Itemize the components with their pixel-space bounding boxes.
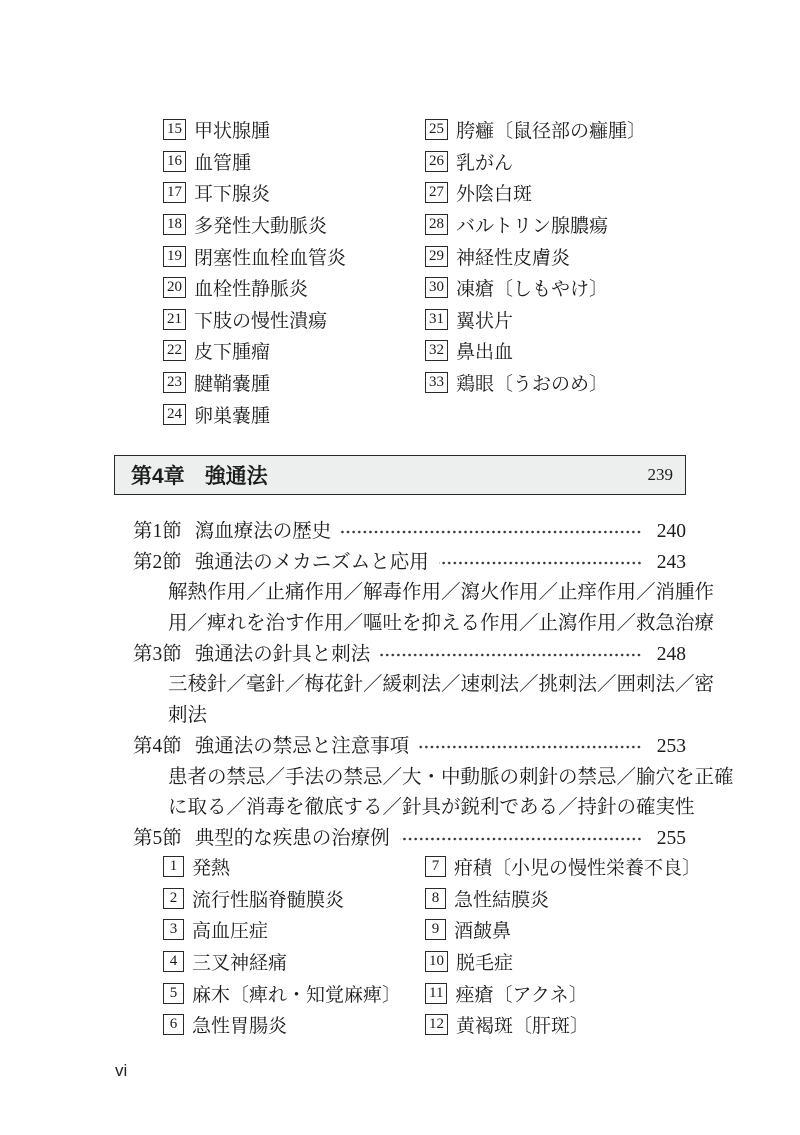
item-number-box: 31: [425, 309, 448, 330]
item-label: 卵巣嚢腫: [194, 401, 270, 428]
section-page-number: 240: [646, 517, 686, 548]
section-subtopics-line: 患者の禁忌／手法の禁忌／大・中動脈の刺針の禁忌／腧穴を正確: [133, 763, 686, 794]
list-item: 11痤瘡〔アクネ〕: [425, 977, 701, 1009]
section-subtopics-line: 解熱作用／止痛作用／解毒作用／瀉火作用／止痒作用／消腫作: [133, 578, 686, 609]
chapter-number-label: 第4章: [131, 460, 185, 490]
section-subtopics-line: 刺法: [133, 701, 686, 732]
item-number-box: 17: [163, 182, 186, 203]
item-label: 乳がん: [456, 148, 513, 175]
toc-section-row: 第5節典型的な疾患の治療例255: [133, 824, 686, 855]
dot-leader: [419, 741, 642, 753]
disease-list-top-left-column: 15甲状腺腫16血管腫17耳下腺炎18多発性大動脈炎19閉塞性血栓血管炎20血栓…: [163, 114, 346, 430]
list-item: 8急性結膜炎: [425, 883, 701, 915]
item-number-box: 16: [163, 151, 186, 172]
item-label: 疳積〔小児の慢性栄養不良〕: [454, 853, 701, 880]
list-item: 23腱鞘嚢腫: [163, 367, 346, 399]
section-label: 第1節: [133, 517, 182, 548]
item-number-box: 3: [163, 919, 184, 940]
item-label: 翼状片: [456, 306, 513, 333]
item-number-box: 9: [425, 919, 446, 940]
item-label: 耳下腺炎: [194, 179, 270, 206]
item-number-box: 12: [425, 1014, 448, 1035]
item-label: 甲状腺腫: [194, 116, 270, 143]
section-label: 第2節: [133, 548, 182, 579]
item-label: 血管腫: [194, 148, 251, 175]
section-subtopics-line: 用／痺れを治す作用／嘔吐を抑える作用／止瀉作用／救急治療: [133, 609, 686, 640]
list-item: 9酒皶鼻: [425, 914, 701, 946]
chapter-name: 強通法: [205, 460, 268, 490]
dot-leader: [341, 526, 642, 538]
item-label: 高血圧症: [192, 916, 268, 943]
item-label: 発熱: [192, 853, 230, 880]
section-label: 第4節: [133, 732, 182, 763]
item-number-box: 29: [425, 246, 448, 267]
item-label: 鶏眼〔うおのめ〕: [456, 369, 608, 396]
item-number-box: 18: [163, 214, 186, 235]
item-number-box: 19: [163, 246, 186, 267]
list-item: 18多発性大動脈炎: [163, 209, 346, 241]
item-label: 外陰白斑: [456, 179, 532, 206]
item-label: 神経性皮膚炎: [456, 243, 570, 270]
item-label: 凍瘡〔しもやけ〕: [456, 274, 608, 301]
section-title: 典型的な疾患の治療例: [195, 824, 390, 855]
section-label: 第5節: [133, 824, 182, 855]
item-number-box: 11: [425, 983, 447, 1004]
page-folio: vi: [115, 1061, 127, 1081]
list-item: 26乳がん: [425, 146, 646, 178]
list-item: 4三叉神経痛: [163, 946, 401, 978]
list-item: 24卵巣嚢腫: [163, 398, 346, 430]
item-label: 脱毛症: [456, 948, 513, 975]
item-number-box: 33: [425, 372, 448, 393]
dot-leader: [439, 557, 642, 569]
item-number-box: 23: [163, 372, 186, 393]
list-item: 33鶏眼〔うおのめ〕: [425, 367, 646, 399]
item-label: 三叉神経痛: [192, 948, 287, 975]
item-number-box: 30: [425, 277, 448, 298]
toc-section-row: 第3節強通法の針具と刺法248: [133, 640, 686, 671]
list-item: 31翼状片: [425, 304, 646, 336]
toc-section-row: 第1節瀉血療法の歴史240: [133, 517, 686, 548]
list-item: 29神経性皮膚炎: [425, 240, 646, 272]
list-item: 22皮下腫瘤: [163, 335, 346, 367]
disease-list-bottom-right-column: 7疳積〔小児の慢性栄養不良〕8急性結膜炎9酒皶鼻10脱毛症11痤瘡〔アクネ〕12…: [425, 851, 701, 1041]
section-label: 第3節: [133, 640, 182, 671]
list-item: 19閉塞性血栓血管炎: [163, 240, 346, 272]
section-title: 強通法のメカニズムと応用: [195, 548, 429, 579]
item-label: 急性胃腸炎: [192, 1011, 287, 1038]
item-number-box: 15: [163, 119, 186, 140]
chapter-heading-box: 第4章 強通法 239: [114, 455, 686, 495]
item-number-box: 8: [425, 888, 446, 909]
item-number-box: 24: [163, 404, 186, 425]
item-number-box: 5: [163, 983, 184, 1004]
dot-leader: [400, 833, 642, 845]
item-number-box: 27: [425, 182, 448, 203]
item-number-box: 6: [163, 1014, 184, 1035]
item-number-box: 10: [425, 951, 448, 972]
list-item: 32鼻出血: [425, 335, 646, 367]
section-page-number: 248: [646, 640, 686, 671]
item-number-box: 32: [425, 340, 448, 361]
section-title: 強通法の針具と刺法: [195, 640, 371, 671]
item-label: 痤瘡〔アクネ〕: [455, 980, 587, 1007]
section-page-number: 243: [646, 548, 686, 579]
list-item: 7疳積〔小児の慢性栄養不良〕: [425, 851, 701, 883]
section-subtopics-line: に取る／消毒を徹底する／針具が鋭利である／持針の確実性: [133, 793, 686, 824]
section-page-number: 255: [646, 824, 686, 855]
item-number-box: 4: [163, 951, 184, 972]
list-item: 12黄褐斑〔肝斑〕: [425, 1009, 701, 1041]
item-label: 急性結膜炎: [454, 885, 549, 912]
list-item: 25胯癰〔鼠径部の癰腫〕: [425, 114, 646, 146]
list-item: 1発熱: [163, 851, 401, 883]
item-label: 閉塞性血栓血管炎: [194, 243, 346, 270]
list-item: 16血管腫: [163, 146, 346, 178]
list-item: 17耳下腺炎: [163, 177, 346, 209]
item-number-box: 26: [425, 151, 448, 172]
section-title: 強通法の禁忌と注意事項: [195, 732, 410, 763]
item-label: 鼻出血: [456, 337, 513, 364]
item-label: 多発性大動脈炎: [194, 211, 327, 238]
list-item: 2流行性脳脊髄膜炎: [163, 883, 401, 915]
item-number-box: 25: [425, 119, 448, 140]
list-item: 6急性胃腸炎: [163, 1009, 401, 1041]
item-label: 麻木〔痺れ・知覚麻痺〕: [192, 980, 401, 1007]
disease-list-bottom-left-column: 1発熱2流行性脳脊髄膜炎3高血圧症4三叉神経痛5麻木〔痺れ・知覚麻痺〕6急性胃腸…: [163, 851, 401, 1041]
section-subtopics-line: 三稜針／毫針／梅花針／緩刺法／速刺法／挑刺法／囲刺法／密: [133, 670, 686, 701]
list-item: 20血栓性静脈炎: [163, 272, 346, 304]
item-label: 下肢の慢性潰瘍: [194, 306, 327, 333]
list-item: 3高血圧症: [163, 914, 401, 946]
dot-leader: [380, 649, 642, 661]
section-page-number: 253: [646, 732, 686, 763]
item-number-box: 2: [163, 888, 184, 909]
list-item: 10脱毛症: [425, 946, 701, 978]
item-label: 酒皶鼻: [454, 916, 511, 943]
list-item: 30凍瘡〔しもやけ〕: [425, 272, 646, 304]
item-label: 腱鞘嚢腫: [194, 369, 270, 396]
item-label: 黄褐斑〔肝斑〕: [456, 1011, 589, 1038]
item-number-box: 22: [163, 340, 186, 361]
item-number-box: 7: [425, 856, 446, 877]
item-label: バルトリン腺膿瘍: [456, 211, 608, 238]
toc-section-list: 第1節瀉血療法の歴史240第2節強通法のメカニズムと応用243解熱作用／止痛作用…: [133, 517, 686, 855]
item-label: 胯癰〔鼠径部の癰腫〕: [456, 116, 646, 143]
list-item: 15甲状腺腫: [163, 114, 346, 146]
toc-section-row: 第2節強通法のメカニズムと応用243: [133, 548, 686, 579]
chapter-title: 第4章 強通法: [131, 460, 268, 490]
item-label: 血栓性静脈炎: [194, 274, 308, 301]
item-number-box: 1: [163, 856, 184, 877]
item-number-box: 21: [163, 309, 186, 330]
list-item: 5麻木〔痺れ・知覚麻痺〕: [163, 977, 401, 1009]
chapter-page-number: 239: [648, 465, 674, 485]
section-title: 瀉血療法の歴史: [195, 517, 332, 548]
item-label: 流行性脳脊髄膜炎: [192, 885, 344, 912]
toc-section-row: 第4節強通法の禁忌と注意事項253: [133, 732, 686, 763]
list-item: 21下肢の慢性潰瘍: [163, 304, 346, 336]
disease-list-top-right-column: 25胯癰〔鼠径部の癰腫〕26乳がん27外陰白斑28バルトリン腺膿瘍29神経性皮膚…: [425, 114, 646, 398]
item-number-box: 28: [425, 214, 448, 235]
list-item: 28バルトリン腺膿瘍: [425, 209, 646, 241]
item-label: 皮下腫瘤: [194, 337, 270, 364]
item-number-box: 20: [163, 277, 186, 298]
list-item: 27外陰白斑: [425, 177, 646, 209]
